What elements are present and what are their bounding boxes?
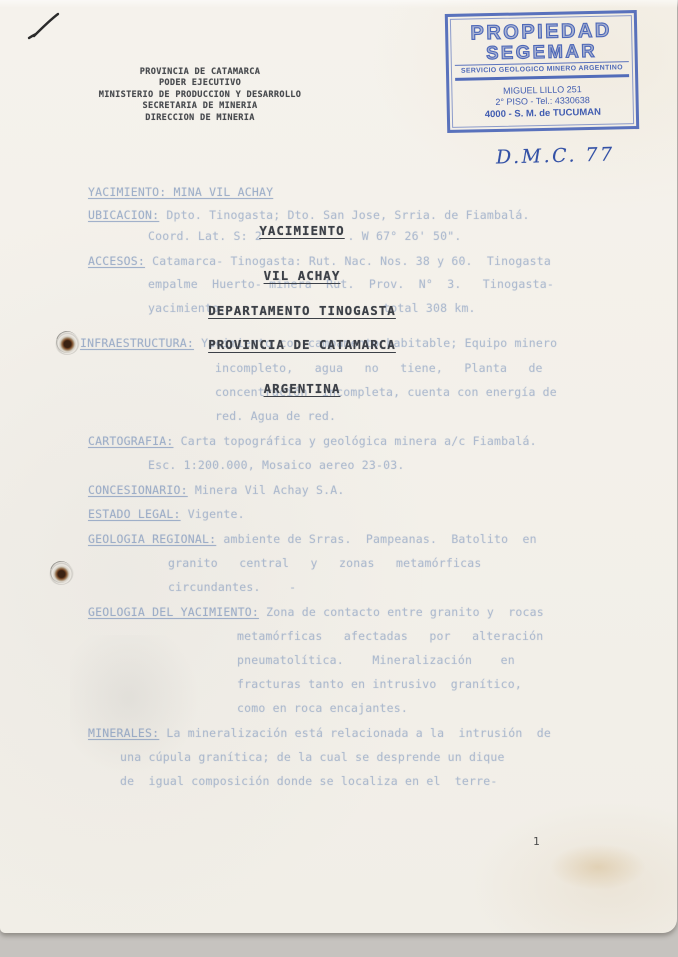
stamp-address-line: 4000 - S. M. de TUCUMAN bbox=[456, 106, 630, 121]
body-line: MINERALES: La mineralización está relaci… bbox=[88, 726, 551, 740]
body-line: incompleto, agua no tiene, Planta de bbox=[215, 361, 543, 375]
body-line: una cúpula granítica; de la cual se desp… bbox=[120, 750, 505, 764]
body-line: metamórficas afectadas por alteración bbox=[237, 629, 543, 643]
page-number: 1 bbox=[533, 835, 540, 848]
title-heading: DEPARTAMENTO TINOGASTA bbox=[2, 303, 602, 318]
title-heading: YACIMIENTO bbox=[2, 223, 602, 238]
body-line: circundantes. - bbox=[168, 580, 296, 594]
body-line: ESTADO LEGAL: Vigente. bbox=[88, 507, 245, 521]
stamp-outer-border: PROPIEDAD SEGEMAR SERVICIO GEOLOGICO MIN… bbox=[445, 10, 639, 133]
body-line: fracturas tanto en intrusivo granítico, bbox=[237, 677, 522, 691]
letterhead-line: DIRECCION DE MINERIA bbox=[58, 113, 342, 124]
body-line: GEOLOGIA DEL YACIMIENTO: Zona de contact… bbox=[88, 605, 544, 619]
letterhead-line: MINISTERIO DE PRODUCCION Y DESARROLLO bbox=[58, 90, 342, 101]
letterhead-line: PODER EJECUTIVO bbox=[58, 78, 342, 89]
body-line: CARTOGRAFIA: Carta topográfica y geológi… bbox=[88, 434, 537, 448]
stamp-address: MIGUEL LILLO 251 2° PISO - Tel.: 4330638… bbox=[455, 83, 630, 121]
title-heading: PROVINCIA DE CATAMARCA bbox=[2, 337, 602, 352]
binding-grommet-icon bbox=[54, 329, 80, 355]
body-line: GEOLOGIA REGIONAL: ambiente de Srras. Pa… bbox=[88, 532, 537, 546]
body-line: red. Agua de red. bbox=[215, 409, 336, 423]
letterhead: PROVINCIA DE CATAMARCA PODER EJECUTIVO M… bbox=[58, 67, 342, 124]
title-heading: ARGENTINA bbox=[2, 381, 602, 396]
stamp-inner-border: PROPIEDAD SEGEMAR SERVICIO GEOLOGICO MIN… bbox=[450, 15, 634, 128]
body-line: granito central y zonas metamórficas bbox=[168, 556, 481, 570]
body-line: UBICACION: Dpto. Tinogasta; Dto. San Jos… bbox=[88, 208, 530, 222]
body-line: ACCESOS: Catamarca- Tinogasta: Rut. Nac.… bbox=[88, 254, 551, 268]
handwritten-note: D.M.C. 77 bbox=[496, 143, 615, 168]
body-line: Esc. 1:200.000, Mosaico aereo 23-03. bbox=[148, 458, 404, 472]
letterhead-line: PROVINCIA DE CATAMARCA bbox=[58, 67, 342, 78]
title-heading: VIL ACHAY bbox=[2, 268, 602, 283]
body-line: CONCESIONARIO: Minera Vil Achay S.A. bbox=[88, 483, 344, 497]
body-line: como en roca encajantes. bbox=[237, 701, 408, 715]
segemar-property-stamp: PROPIEDAD SEGEMAR SERVICIO GEOLOGICO MIN… bbox=[445, 10, 639, 133]
body-line: YACIMIENTO: MINA VIL ACHAY bbox=[88, 185, 273, 199]
body-line: de igual composición donde se localiza e… bbox=[120, 774, 498, 788]
pen-tick-mark-icon bbox=[26, 11, 64, 47]
scanned-document: PROVINCIA DE CATAMARCA PODER EJECUTIVO M… bbox=[0, 0, 678, 957]
binding-grommet-icon bbox=[48, 559, 74, 585]
body-line: pneumatolítica. Mineralización en bbox=[237, 653, 515, 667]
stamp-subtitle: SERVICIO GEOLOGICO MINERO ARGENTINO bbox=[455, 61, 629, 80]
letterhead-line: SECRETARIA DE MINERIA bbox=[58, 101, 342, 112]
